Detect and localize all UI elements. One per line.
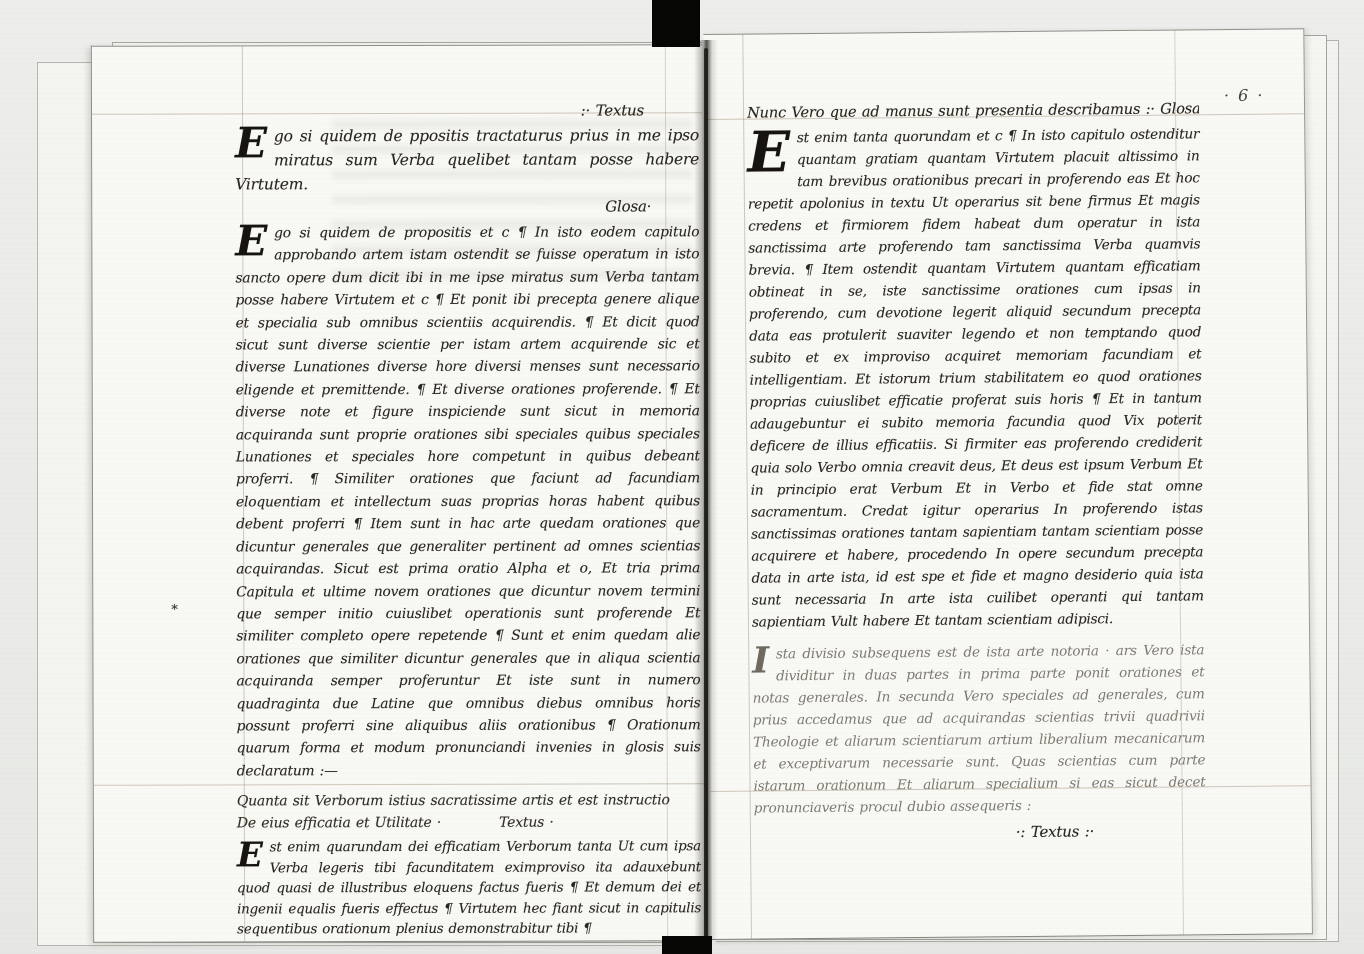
drop-cap-initial: E xyxy=(235,222,274,258)
left-page: * :· Textus Ego si quidem de ppositis tr… xyxy=(91,44,704,943)
gloss-paragraph: Est enim tanta quorundam et c ¶ In isto … xyxy=(747,123,1204,633)
folio-number: · 6 · xyxy=(1224,86,1265,105)
drop-cap-initial: E xyxy=(237,838,270,870)
right-page: · 6 · Nunc Vero que ad manus sunt presen… xyxy=(703,28,1313,940)
margin-nota-mark: * xyxy=(171,603,177,618)
textus-passage-2: Est enim quarundam dei efficatiam Verbor… xyxy=(237,837,701,941)
division-text: sta divisio subsequens est de ista arte … xyxy=(753,642,1206,816)
textus-passage-2-text: st enim quarundam dei efficatiam Verboru… xyxy=(237,839,701,937)
gloss-text: go si quidem de propositis et c ¶ In ist… xyxy=(235,224,700,779)
rubric: Quanta sit Verborum istius sacratissime … xyxy=(237,789,701,834)
textus-passage: Ego si quidem de ppositis tractaturus pr… xyxy=(235,123,699,196)
glosa-label: Glosa· xyxy=(235,197,699,216)
gloss-paragraph: Ego si quidem de propositis et c ¶ In is… xyxy=(235,221,700,782)
rubric-line: De eius efficatia et Utilitate ·Textus · xyxy=(237,811,701,834)
textus-header: :· Textus xyxy=(235,101,699,120)
drop-cap-initial: E xyxy=(235,124,274,160)
rubric-line: Quanta sit Verborum istius sacratissime … xyxy=(237,789,701,812)
drop-cap-initial: E xyxy=(747,127,797,175)
textus-label: Textus · xyxy=(499,815,554,831)
book-clamp-bottom xyxy=(662,936,712,954)
division-paragraph: Ista divisio subsequens est de ista arte… xyxy=(752,639,1206,819)
gloss-text: st enim tanta quorundam et c ¶ In isto c… xyxy=(748,126,1204,630)
book-gutter-line xyxy=(704,48,708,937)
textus-passage-text: go si quidem de ppositis tractaturus pri… xyxy=(235,126,699,193)
opening-line: Nunc Vero que ad manus sunt presentia de… xyxy=(747,100,1199,121)
book-clamp-top xyxy=(652,0,700,47)
drop-cap-initial: I xyxy=(752,643,776,675)
manuscript-photo: * :· Textus Ego si quidem de ppositis tr… xyxy=(0,0,1364,954)
textus-footer: ·: Textus :· xyxy=(754,821,1206,843)
